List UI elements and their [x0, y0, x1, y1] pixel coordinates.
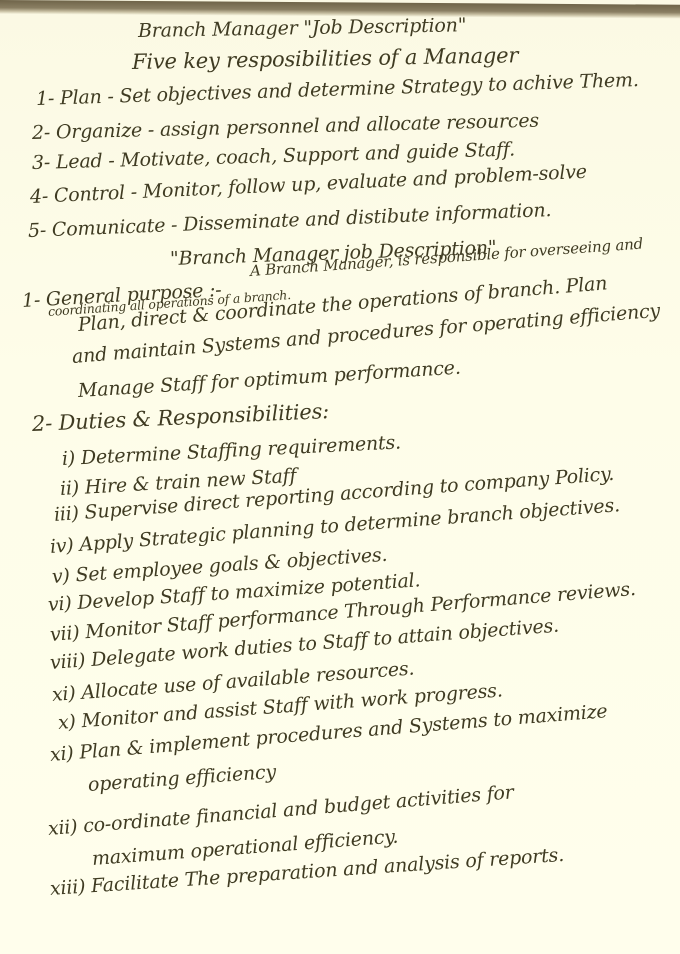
duty-numeral: x) [57, 711, 76, 734]
duties-number: 2- [31, 411, 52, 436]
key-responsibility-number: 2- [32, 122, 51, 144]
duty-numeral: v) [51, 565, 70, 588]
key-responsibility-number: 4- [30, 185, 49, 208]
duty-numeral: xi) [49, 742, 74, 766]
duty-numeral: xiii) [49, 876, 86, 900]
duty-numeral: vii) [49, 622, 80, 646]
duty-numeral: ii) [59, 477, 79, 500]
key-responsibility-number: 3- [32, 151, 51, 173]
general-purpose-number: 1- [21, 289, 40, 312]
key-responsibility-number: 1- [36, 87, 55, 110]
duty-numeral: iii) [53, 502, 79, 526]
duty-numeral: vi) [47, 592, 72, 616]
duty-numeral: xi) [51, 682, 76, 706]
key-responsibility-number: 5- [28, 219, 47, 242]
duty-numeral: viii) [49, 649, 86, 674]
duty-numeral: xii) [47, 816, 78, 840]
duty-numeral: iv) [49, 534, 74, 558]
duty-numeral: i) [61, 447, 75, 470]
